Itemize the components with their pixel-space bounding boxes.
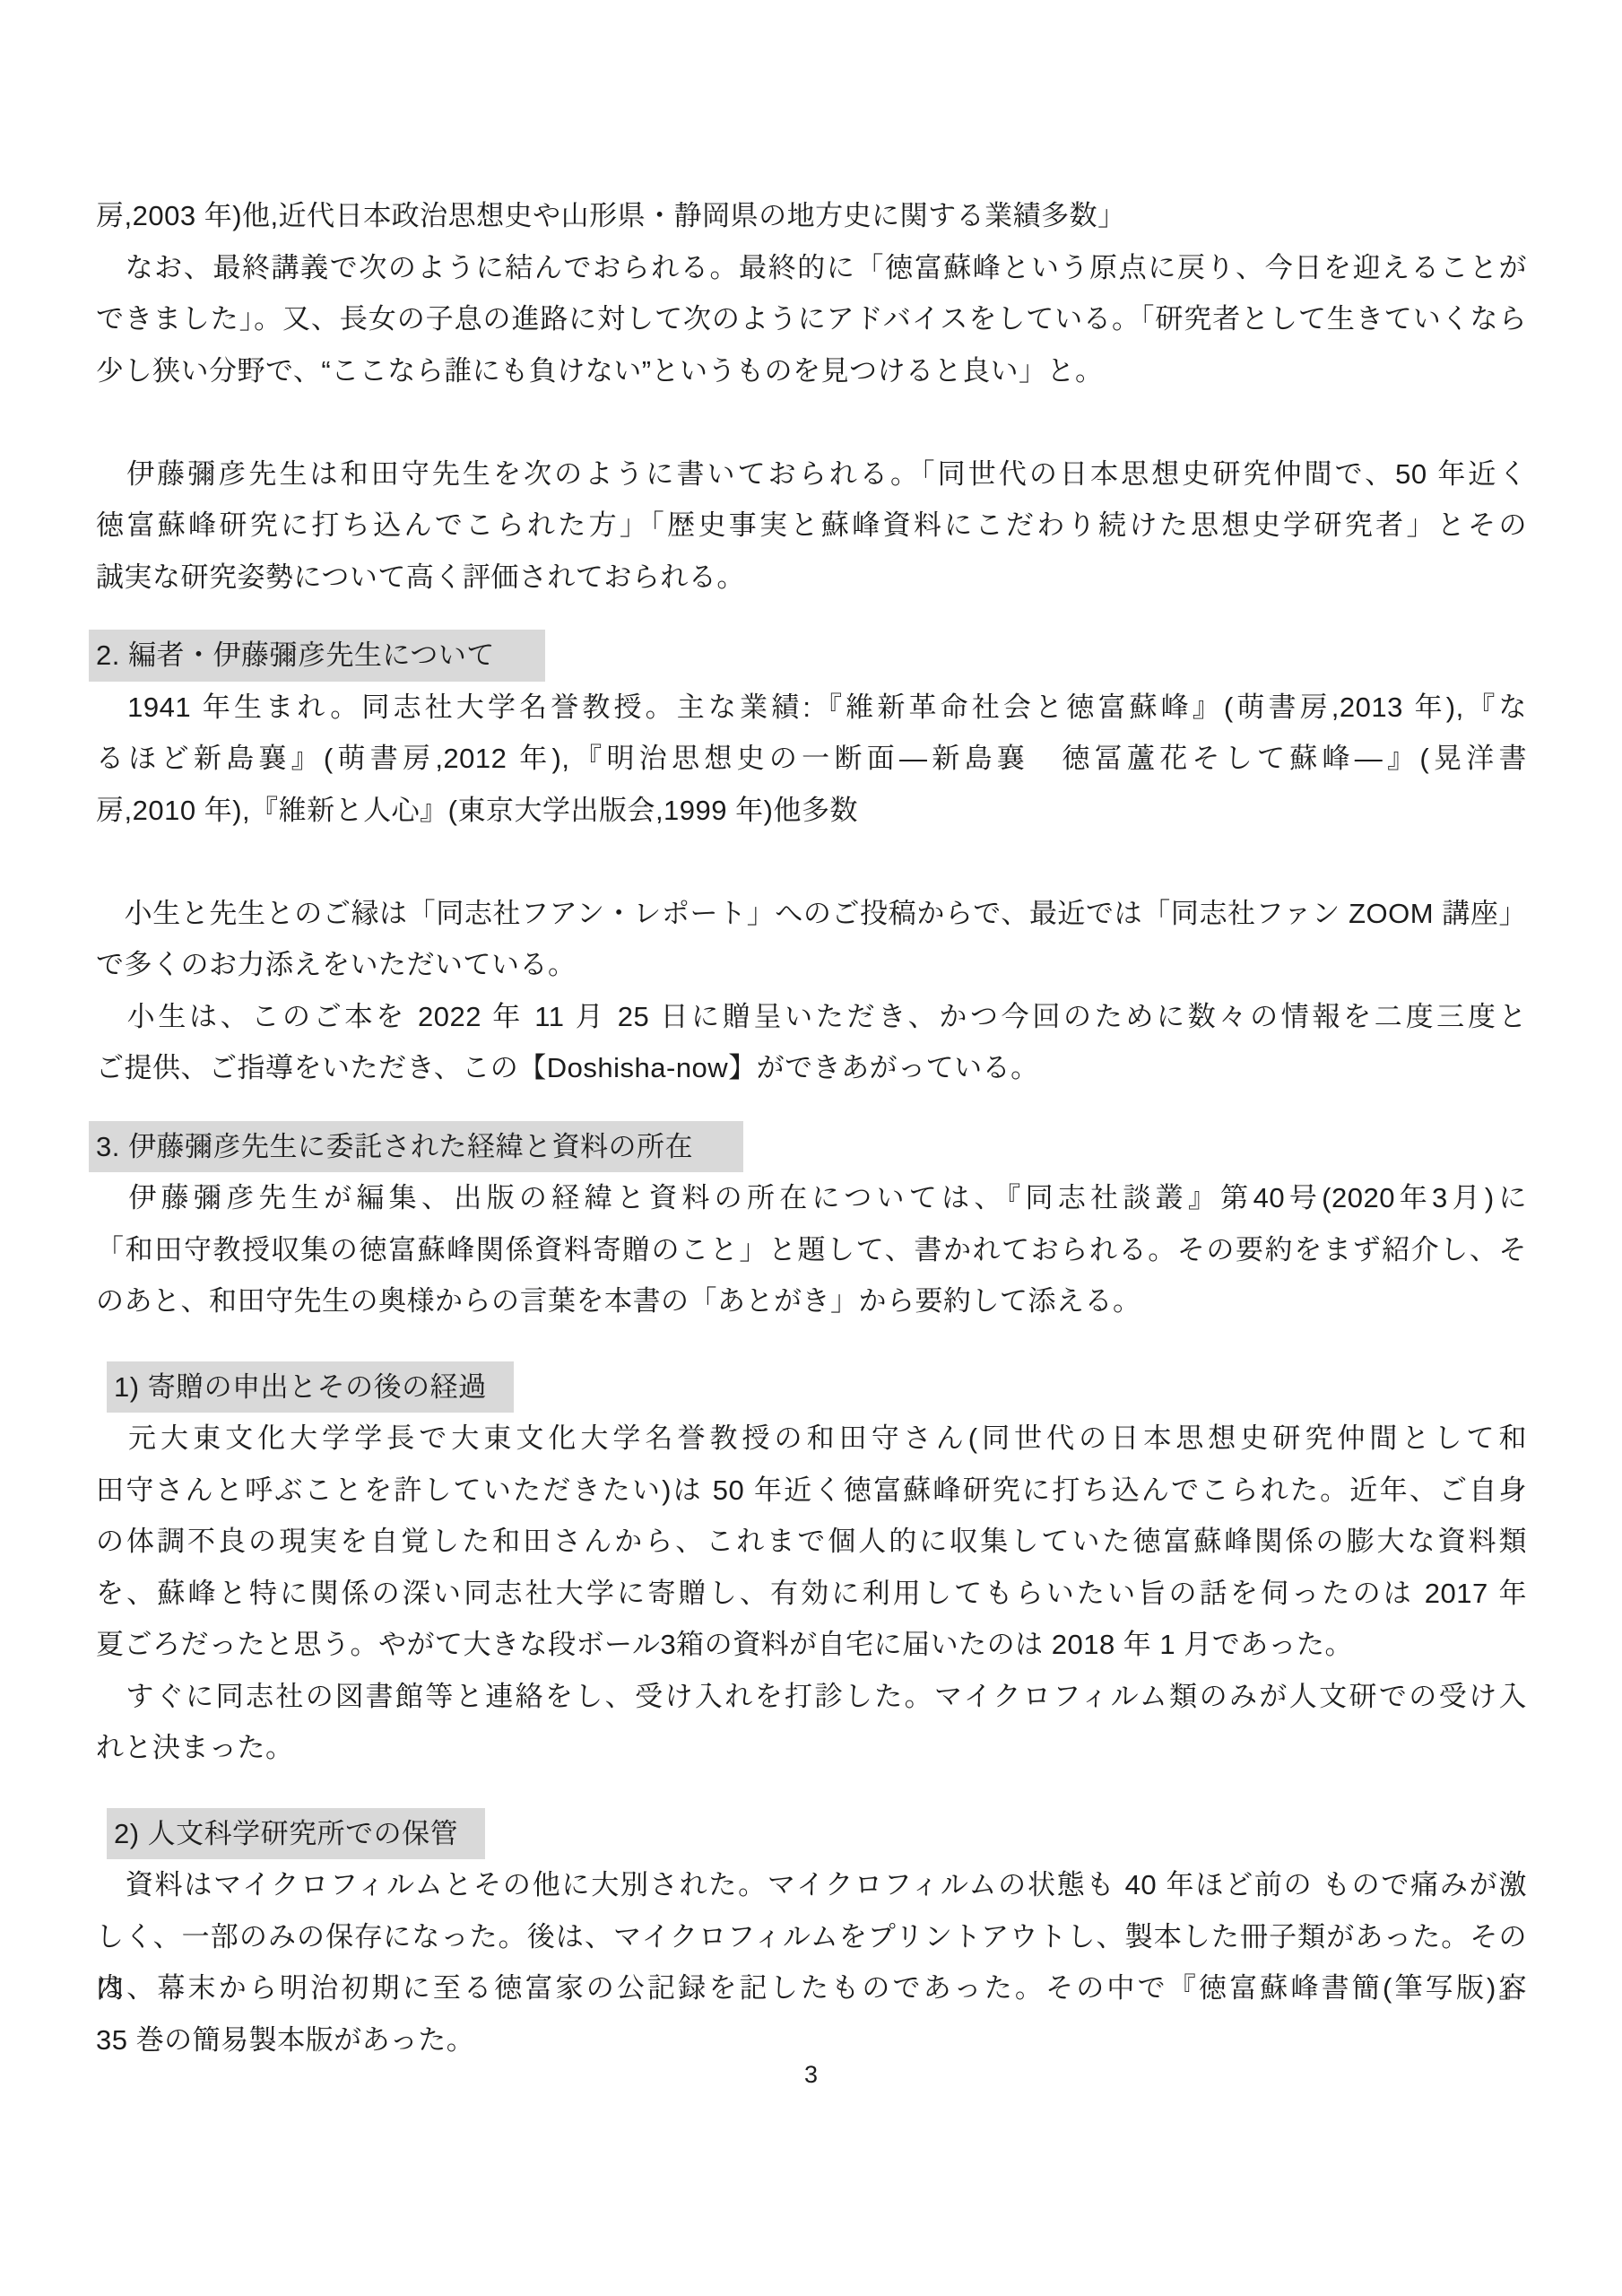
- text-line: で多くのお力添えをいただいている。: [96, 939, 1527, 991]
- text-line: ご提供、ご指導をいただき、この【Doshisha-now】ができあがっている。: [96, 1042, 1527, 1094]
- subsection-heading: 2) 人文科学研究所での保管: [107, 1808, 485, 1860]
- text-line: のあと、和田守先生の奥様からの言葉を本書の「あとがき」から要約して添える。: [96, 1275, 1527, 1327]
- document-page: 房,2003 年)他,近代日本政治思想史や山形県・静岡県の地方史に関する業績多数…: [0, 0, 1622, 2296]
- text-line: 少し狭い分野で、“ここなら誰にも負けない”というものを見つけると良い」と。: [96, 345, 1527, 397]
- text-line: 誠実な研究姿勢について高く評価されておられる。: [96, 552, 1527, 604]
- text-line: 房,2003 年)他,近代日本政治思想史や山形県・静岡県の地方史に関する業績多数…: [96, 190, 1527, 242]
- paragraph: 1941 年生まれ。同志社大学名誉教授。主な業績:『維新革命社会と徳富蘇峰』(萌…: [96, 682, 1527, 837]
- text-line: 元大東文化大学学長で大東文化大学名誉教授の和田守さん(同世代の日本思想史研究仲間…: [96, 1413, 1527, 1465]
- paragraph: 小生と先生とのご縁は「同志社フアン・レポート」へのご投稿からで、最近では「同志社…: [96, 888, 1527, 991]
- paragraph: 小生は、このご本を 2022 年 11 月 25 日に贈呈いただき、かつ今回のた…: [96, 991, 1527, 1094]
- paragraph-spacer: [96, 396, 1527, 448]
- text-line: 小生は、このご本を 2022 年 11 月 25 日に贈呈いただき、かつ今回のた…: [96, 991, 1527, 1043]
- paragraph: 房,2003 年)他,近代日本政治思想史や山形県・静岡県の地方史に関する業績多数…: [96, 190, 1527, 242]
- text-line: 徳富蘇峰研究に打ち込んでこられた方」「歴史事実と蘇峰資料にこだわり続けた思想史学…: [96, 500, 1527, 552]
- subsection-heading-row: 2) 人文科学研究所での保管: [96, 1808, 1527, 1860]
- paragraph: 伊藤彌彦先生は和田守先生を次のように書いておられる。「同世代の日本思想史研究仲間…: [96, 448, 1527, 604]
- section-heading-row: 3. 伊藤彌彦先生に委託された経緯と資料の所在: [96, 1121, 1527, 1173]
- text-line: の体調不良の現実を自覚した和田さんから、これまで個人的に収集していた徳富蘇峰関係…: [96, 1516, 1527, 1568]
- paragraph-spacer: [96, 836, 1527, 888]
- paragraph: 資料はマイクロフィルムとその他に大別された。マイクロフィルムの状態も 40 年ほ…: [96, 1859, 1527, 2066]
- text-line: できました」。又、長女の子息の進路に対して次のようにアドバイスをしている。「研究…: [96, 293, 1527, 345]
- paragraph: すぐに同志社の図書館等と連絡をし、受け入れを打診した。マイクロフィルム類のみが人…: [96, 1671, 1527, 1774]
- text-line: れと決まった。: [96, 1722, 1527, 1774]
- text-line: 田守さんと呼ぶことを許していただきたい)は 50 年近く徳富蘇峰研究に打ち込んで…: [96, 1465, 1527, 1517]
- subsection-heading-row: 1) 寄贈の申出とその後の経過: [96, 1361, 1527, 1413]
- section-heading: 2. 編者・伊藤彌彦先生について: [89, 630, 545, 682]
- text-line: 伊藤彌彦先生は和田守先生を次のように書いておられる。「同世代の日本思想史研究仲間…: [96, 448, 1527, 500]
- section-heading-row: 2. 編者・伊藤彌彦先生について: [96, 630, 1527, 682]
- text-line: しく、一部のみの保存になった。後は、マイクロフィルムをプリントアウトし、製本した…: [96, 1911, 1527, 1963]
- text-line: 夏ごろだったと思う。やがて大きな段ボール3箱の資料が自宅に届いたのは 2018 …: [96, 1619, 1527, 1671]
- text-line: すぐに同志社の図書館等と連絡をし、受け入れを打診した。マイクロフィルム類のみが人…: [96, 1671, 1527, 1723]
- text-line: は、幕末から明治初期に至る徳富家の公記録を記したものであった。その中で『徳富蘇峰…: [96, 1962, 1527, 2014]
- document-body: 房,2003 年)他,近代日本政治思想史や山形県・静岡県の地方史に関する業績多数…: [96, 190, 1527, 2066]
- text-line: 伊藤彌彦先生が編集、出版の経緯と資料の所在については、『同志社談叢』第40号(2…: [96, 1172, 1527, 1224]
- paragraph: なお、最終講義で次のように結んでおられる。最終的に「徳富蘇峰という原点に戻り、今…: [96, 242, 1527, 397]
- paragraph: 伊藤彌彦先生が編集、出版の経緯と資料の所在については、『同志社談叢』第40号(2…: [96, 1172, 1527, 1327]
- page-number: 3: [0, 2057, 1622, 2092]
- paragraph: 元大東文化大学学長で大東文化大学名誉教授の和田守さん(同世代の日本思想史研究仲間…: [96, 1413, 1527, 1671]
- text-line: なお、最終講義で次のように結んでおられる。最終的に「徳富蘇峰という原点に戻り、今…: [96, 242, 1527, 294]
- text-line: 資料はマイクロフィルムとその他に大別された。マイクロフィルムの状態も 40 年ほ…: [96, 1859, 1527, 1911]
- text-line: 「和田守教授収集の徳富蘇峰関係資料寄贈のこと」と題して、書かれておられる。その要…: [96, 1224, 1527, 1276]
- subsection-heading: 1) 寄贈の申出とその後の経過: [107, 1361, 514, 1413]
- text-line: 1941 年生まれ。同志社大学名誉教授。主な業績:『維新革命社会と徳富蘇峰』(萌…: [96, 682, 1527, 734]
- text-line: 房,2010 年),『維新と人心』(東京大学出版会,1999 年)他多数: [96, 785, 1527, 837]
- text-line: るほど新島襄』(萌書房,2012 年),『明治思想史の一断面―新島襄 徳冨蘆花そ…: [96, 733, 1527, 785]
- text-line: 小生と先生とのご縁は「同志社フアン・レポート」へのご投稿からで、最近では「同志社…: [96, 888, 1527, 940]
- text-line: を、蘇峰と特に関係の深い同志社大学に寄贈し、有効に利用してもらいたい旨の話を伺っ…: [96, 1568, 1527, 1620]
- section-heading: 3. 伊藤彌彦先生に委託された経緯と資料の所在: [89, 1121, 743, 1173]
